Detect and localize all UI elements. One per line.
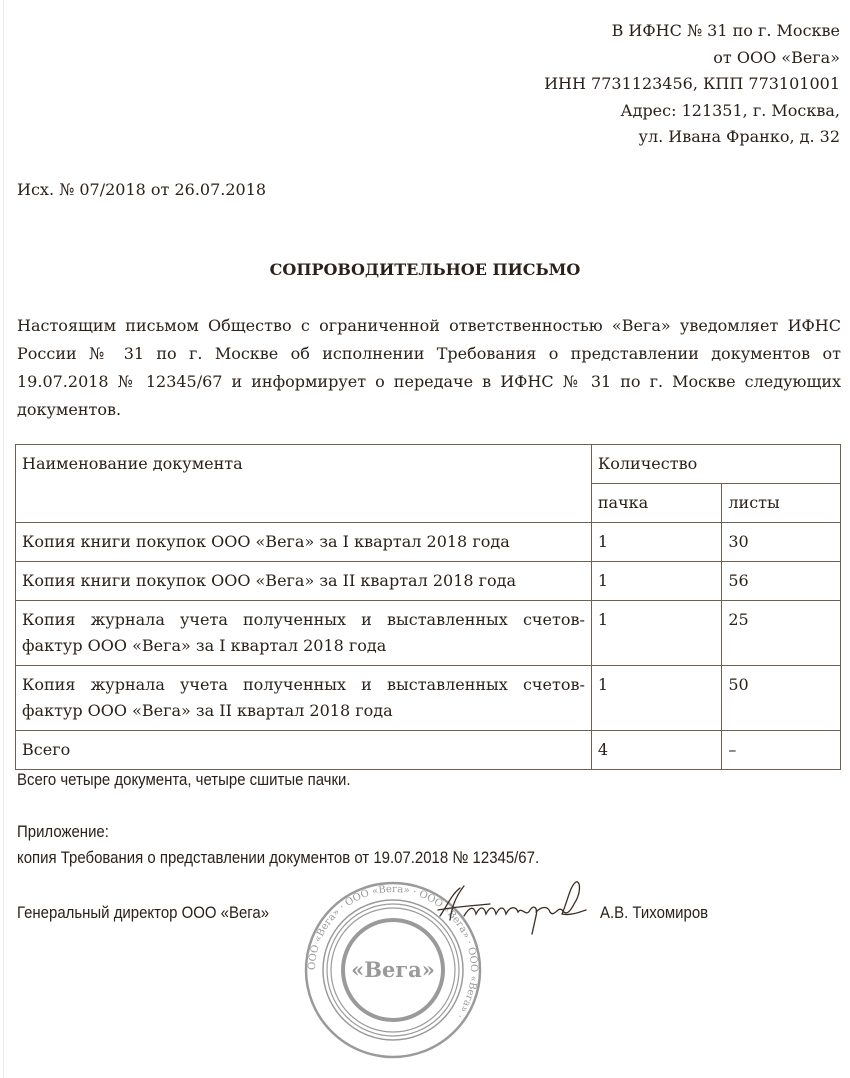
cell-packs: 1 <box>591 562 722 601</box>
table-total-row: Всего 4 – <box>16 731 841 770</box>
signature-icon <box>430 876 590 936</box>
cell-sheets: 25 <box>722 601 841 666</box>
header-sheets: листы <box>722 484 841 523</box>
cell-name: Копия книги покупок ООО «Вега» за I квар… <box>16 523 592 562</box>
cell-sheets: 56 <box>722 562 841 601</box>
cell-name: Копия книги покупок ООО «Вега» за II ква… <box>16 562 592 601</box>
page-edge <box>3 0 4 1078</box>
cell-name: Копия журнала учета полученных и выставл… <box>16 666 592 731</box>
recipient-line: В ИФНС № 31 по г. Москве <box>544 18 840 45</box>
cell-sheets: 50 <box>722 666 841 731</box>
recipient-block: В ИФНС № 31 по г. Москве от ООО «Вега» И… <box>544 18 840 151</box>
table-row: Копия журнала учета полученных и выставл… <box>16 666 841 731</box>
header-quantity: Количество <box>591 445 840 484</box>
header-name: Наименование документа <box>16 445 592 523</box>
header-packs: пачка <box>591 484 722 523</box>
cell-packs: 1 <box>591 523 722 562</box>
total-packs: 4 <box>591 731 722 770</box>
cell-packs: 1 <box>591 666 722 731</box>
recipient-line: ИНН 7731123456, КПП 773101001 <box>544 71 840 98</box>
signatory-name: А.В. Тихомиров <box>600 903 708 923</box>
table-row: Копия журнала учета полученных и выставл… <box>16 601 841 666</box>
total-sheets: – <box>722 731 841 770</box>
attachment-text: копия Требования о представлении докумен… <box>17 848 539 868</box>
attachment-label: Приложение: <box>17 822 109 842</box>
body-paragraph: Настоящим письмом Общество с ограниченно… <box>17 312 841 424</box>
cell-packs: 1 <box>591 601 722 666</box>
recipient-line: Адрес: 121351, г. Москва, <box>544 98 840 125</box>
recipient-line: от ООО «Вега» <box>544 45 840 72</box>
signatory-position: Генеральный директор ООО «Вега» <box>17 903 269 923</box>
cell-name: Копия журнала учета полученных и выставл… <box>16 601 592 666</box>
summary-text: Всего четыре документа, четыре сшитые па… <box>17 770 351 790</box>
documents-table: Наименование документа Количество пачка … <box>15 444 841 770</box>
document-title: СОПРОВОДИТЕЛЬНОЕ ПИСЬМО <box>0 260 850 280</box>
table-row: Копия книги покупок ООО «Вега» за II ква… <box>16 562 841 601</box>
recipient-line: ул. Ивана Франко, д. 32 <box>544 124 840 151</box>
table-row: Копия книги покупок ООО «Вега» за I квар… <box>16 523 841 562</box>
stamp-center-text: «Вега» <box>351 957 435 982</box>
outgoing-reference: Исх. № 07/2018 от 26.07.2018 <box>17 180 266 200</box>
total-label: Всего <box>16 731 592 770</box>
cell-sheets: 30 <box>722 523 841 562</box>
